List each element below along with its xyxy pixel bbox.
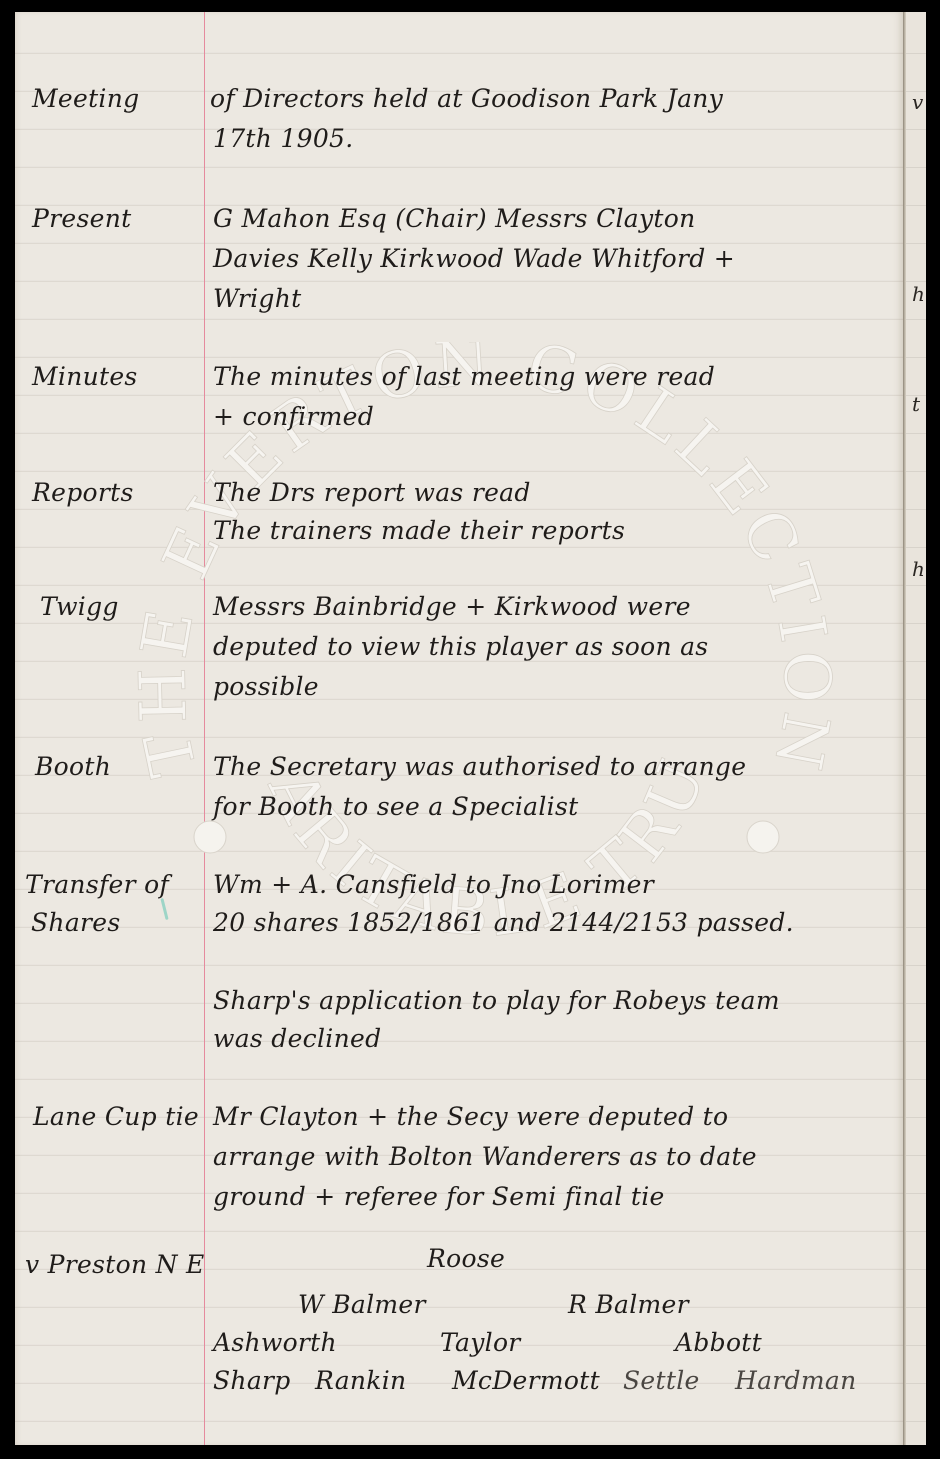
- entry-text-line: 20 shares 1852/1861 and 2144/2153 passed…: [213, 908, 794, 937]
- entry-text-line: for Booth to see a Specialist: [213, 792, 578, 821]
- team-half-back: Taylor: [440, 1328, 521, 1357]
- entry-text-line: + confirmed: [213, 402, 374, 431]
- entry-text-line: of Directors held at Goodison Park Jany: [210, 84, 723, 113]
- team-half-back: Ashworth: [213, 1328, 337, 1357]
- minute-book-page: THE EVERTON COLLECTION CHARITABLE TRUST …: [15, 12, 903, 1445]
- entry-text-line: possible: [213, 672, 319, 701]
- entry-label-v-preston: v Preston N E: [25, 1250, 205, 1279]
- entry-label-lane-cup-tie: Lane Cup tie: [33, 1102, 199, 1131]
- adjacent-page-mark: v: [912, 90, 923, 114]
- adjacent-page-mark: t: [912, 392, 920, 416]
- entry-text-line: The Drs report was read: [213, 478, 531, 507]
- entry-label-booth: Booth: [35, 752, 111, 781]
- green-check-mark: [160, 898, 168, 920]
- entry-text-line: The minutes of last meeting were read: [213, 362, 715, 391]
- entry-text-line: Davies Kelly Kirkwood Wade Whitford +: [213, 244, 735, 273]
- entry-text-line: Mr Clayton + the Secy were deputed to: [213, 1102, 728, 1131]
- team-goalkeeper: Roose: [427, 1244, 505, 1273]
- team-back: R Balmer: [568, 1290, 689, 1319]
- team-half-back: Abbott: [675, 1328, 762, 1357]
- team-forward: McDermott: [452, 1366, 600, 1395]
- team-forward: Rankin: [315, 1366, 406, 1395]
- entry-text-line: deputed to view this player as soon as: [213, 632, 708, 661]
- team-forward: Hardman: [735, 1366, 856, 1395]
- entry-text-line: 17th 1905.: [213, 124, 353, 153]
- entry-text-line: G Mahon Esq (Chair) Messrs Clayton: [213, 204, 696, 233]
- team-forward: Settle: [623, 1366, 700, 1395]
- team-back: W Balmer: [298, 1290, 426, 1319]
- adjacent-page-mark: h: [912, 557, 925, 581]
- entry-text-line: The Secretary was authorised to arrange: [213, 752, 746, 781]
- entry-label-meeting: Meeting: [32, 84, 139, 113]
- entry-text-line: Messrs Bainbridge + Kirkwood were: [213, 592, 691, 621]
- entry-text-line: Sharp's application to play for Robeys t…: [213, 986, 780, 1015]
- entry-text-line: Wm + A. Cansfield to Jno Lorimer: [213, 870, 654, 899]
- adjacent-page-strip: v h t h: [906, 12, 926, 1445]
- entry-label-transfer-of-shares: Transfer of: [25, 870, 169, 899]
- team-forward: Sharp: [213, 1366, 291, 1395]
- entry-text-line: Wright: [213, 284, 301, 313]
- entry-text-line: The trainers made their reports: [213, 516, 625, 545]
- entry-text-line: was declined: [213, 1024, 381, 1053]
- entry-label-reports: Reports: [32, 478, 134, 507]
- entry-label-minutes: Minutes: [32, 362, 138, 391]
- entry-label-transfer-of-shares: Shares: [31, 908, 121, 937]
- entry-text-line: arrange with Bolton Wanderers as to date: [213, 1142, 757, 1171]
- entry-text-line: ground + referee for Semi final tie: [213, 1182, 665, 1211]
- entry-label-present: Present: [32, 204, 131, 233]
- entry-label-twigg: Twigg: [40, 592, 119, 621]
- margin-line: [204, 12, 205, 1445]
- adjacent-page-mark: h: [912, 282, 925, 306]
